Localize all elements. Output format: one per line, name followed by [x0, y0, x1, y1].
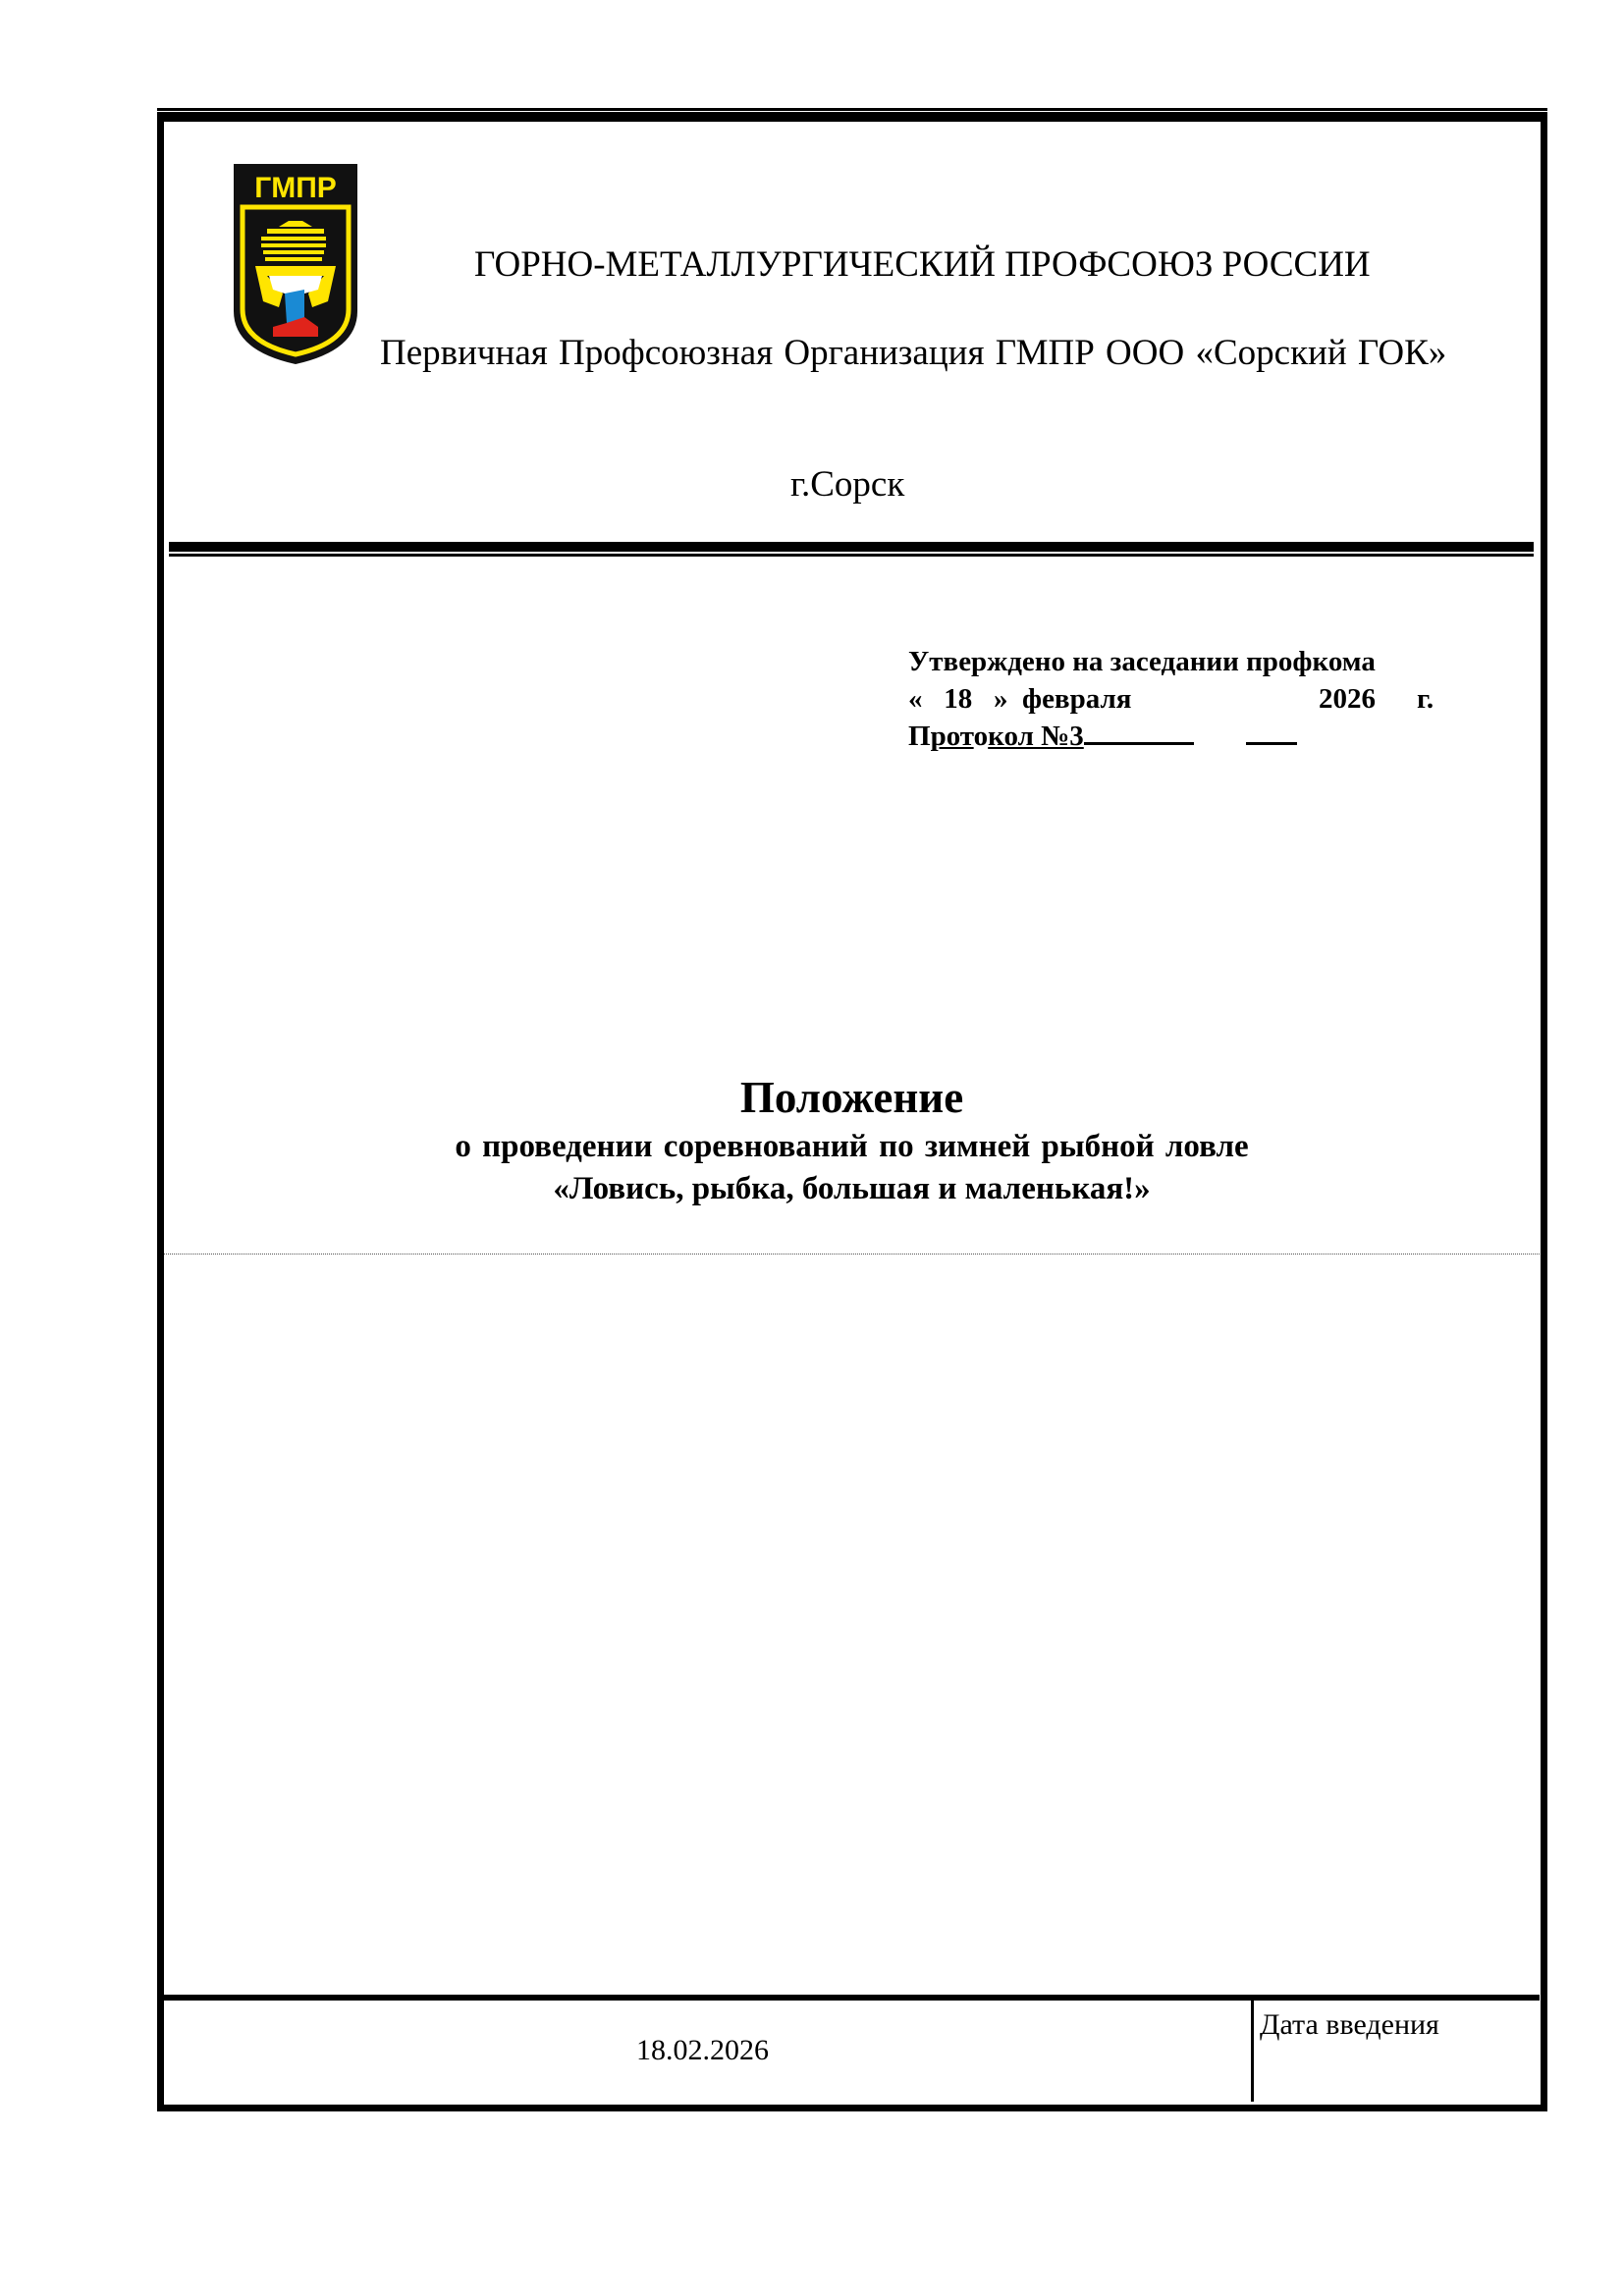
footer-date: 18.02.2026: [636, 2034, 769, 2067]
footer-separator: [164, 1995, 1540, 2001]
year-suffix: г.: [1417, 680, 1434, 718]
svg-text:ГМПР: ГМПР: [254, 172, 337, 204]
header-separator-thin: [169, 554, 1534, 557]
dotted-divider: [164, 1254, 1540, 1255]
frame-top-thin-line: [157, 108, 1547, 111]
protocol-blank-field: [1084, 741, 1194, 745]
approval-year: 2026: [1319, 680, 1376, 718]
approval-line-1: Утверждено на заседании профкома: [908, 643, 1376, 680]
protocol-mid: рот: [931, 721, 974, 752]
protocol-prefix: П: [908, 721, 931, 752]
day-open-quote: «: [908, 683, 923, 715]
approval-block: Утверждено на заседании профкома « 18 » …: [908, 643, 1376, 755]
day-close-quote: »: [994, 683, 1008, 715]
sub-org-name: Первичная Профсоюзная Организация ГМПР О…: [380, 332, 1446, 374]
approval-day: 18: [944, 683, 972, 715]
competition-name: «Ловись, рыбка, большая и маленькая!»: [164, 1171, 1540, 1207]
protocol-blank-field-2: [1246, 741, 1297, 745]
approval-date-line: « 18 » февраля 2026 г.: [908, 680, 1376, 718]
header-separator-thick: [169, 542, 1534, 552]
footer-column-divider: [1251, 2001, 1254, 2102]
protocol-line: Протокол №3: [908, 718, 1376, 755]
union-emblem-icon: ГМПР: [234, 164, 357, 364]
protocol-o: о: [974, 721, 989, 752]
city-label: г.Сорск: [790, 463, 904, 506]
approval-month: февраля: [1022, 683, 1131, 715]
document-title: Положение: [164, 1072, 1540, 1123]
document-subtitle: о проведении соревнований по зимней рыбн…: [164, 1129, 1540, 1165]
protocol-number: кол №3: [988, 721, 1084, 752]
org-name-heading: ГОРНО-МЕТАЛЛУРГИЧЕСКИЙ ПРОФСОЮЗ РОССИИ: [474, 243, 1371, 286]
intro-date-label: Дата введения: [1260, 2008, 1439, 2042]
